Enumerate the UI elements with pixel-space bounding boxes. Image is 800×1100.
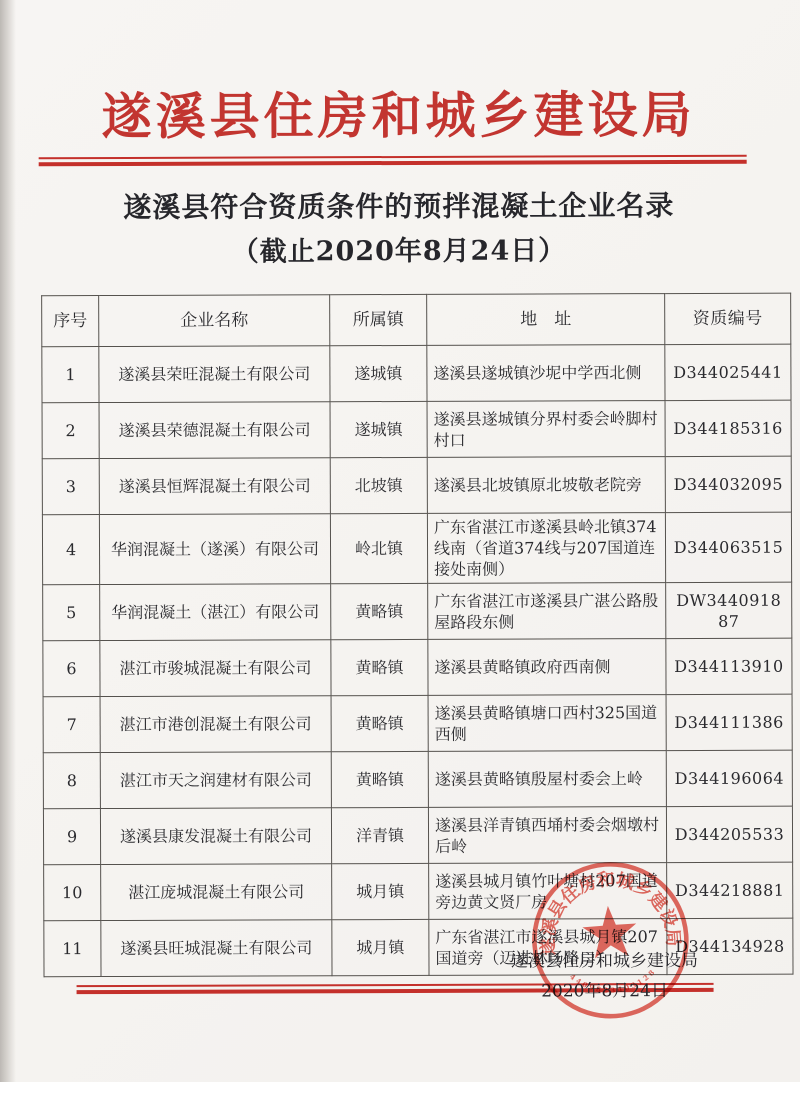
- cell-company: 华润混凝土（湛江）有限公司: [100, 584, 331, 641]
- official-seal-graphic: 遂溪县住房和城乡建设局 4409823403128: [524, 854, 697, 1027]
- cell-address: 广东省湛江市遂溪县岭北镇374线南（省道374线与207国道连接处南侧）: [427, 513, 665, 584]
- column-header-company: 企业名称: [99, 295, 330, 347]
- cell-address: 遂溪县黄略镇塘口西村325国道西侧: [428, 695, 666, 752]
- cell-no: 9: [43, 809, 100, 865]
- table-row: 8湛江市天之润建材有限公司黄略镇遂溪县黄略镇殷屋村委会上岭D344196064: [43, 750, 792, 809]
- cell-no: 1: [42, 347, 99, 403]
- cell-no: 11: [44, 921, 101, 977]
- cell-company: 湛江庞城混凝土有限公司: [101, 864, 332, 921]
- column-header-address: 地 址: [427, 294, 665, 346]
- table-header-row: 序号企业名称所属镇地 址资质编号: [42, 293, 791, 347]
- table-row: 4华润混凝土（遂溪）有限公司岭北镇广东省湛江市遂溪县岭北镇374线南（省道374…: [42, 512, 791, 585]
- cell-no: 10: [44, 865, 101, 921]
- cell-no: 5: [43, 585, 100, 641]
- cell-license: D344063515: [665, 512, 791, 582]
- cell-town: 黄略镇: [331, 695, 428, 751]
- table-row: 2遂溪县荣德混凝土有限公司遂城镇遂溪县遂城镇分界村委会岭脚村村口D3441853…: [42, 400, 791, 459]
- cell-no: 7: [43, 697, 100, 753]
- cell-license: D344196064: [666, 750, 792, 806]
- title-divider-thin-line: [39, 155, 747, 159]
- cell-no: 6: [43, 641, 100, 697]
- cell-town: 遂城镇: [330, 345, 427, 401]
- table-row: 5华润混凝土（湛江）有限公司黄略镇广东省湛江市遂溪县广湛公路殷屋路段东侧DW34…: [43, 582, 792, 641]
- cell-town: 黄略镇: [331, 639, 428, 695]
- cell-no: 2: [42, 403, 99, 459]
- cell-town: 黄略镇: [331, 583, 428, 639]
- cell-address: 遂溪县北坡镇原北坡敬老院旁: [427, 457, 665, 514]
- subtitle-line1: 遂溪县符合资质条件的预拌混凝土企业名录: [0, 184, 799, 227]
- cell-town: 黄略镇: [331, 751, 428, 807]
- cell-town: 洋青镇: [331, 807, 428, 863]
- seal-code-text: 4409823403128: [568, 966, 660, 998]
- cell-address: 遂溪县遂城镇分界村委会岭脚村村口: [427, 401, 665, 458]
- cell-company: 遂溪县旺城混凝土有限公司: [101, 920, 332, 977]
- cell-license: D344032095: [665, 456, 791, 512]
- cell-town: 城月镇: [332, 863, 429, 919]
- cell-town: 城月镇: [332, 919, 429, 975]
- column-header-town: 所属镇: [330, 294, 427, 345]
- cell-license: D344185316: [665, 400, 791, 456]
- cell-license: D344025441: [665, 344, 791, 400]
- cell-company: 遂溪县荣旺混凝土有限公司: [99, 346, 330, 403]
- official-seal: 遂溪县住房和城乡建设局 4409823403128: [524, 854, 697, 1027]
- cell-town: 北坡镇: [330, 457, 427, 513]
- cell-no: 4: [42, 515, 99, 585]
- cell-no: 3: [42, 459, 99, 515]
- document-content: 遂溪县住房和城乡建设局 遂溪县符合资质条件的预拌混凝土企业名录 （截止2020年…: [0, 0, 800, 1083]
- page-title: 遂溪县住房和城乡建设局: [28, 85, 768, 148]
- cell-license: D344113910: [666, 638, 792, 694]
- cell-address: 遂溪县洋青镇西埇村委会烟墩村后岭: [428, 807, 666, 864]
- title-divider: [39, 155, 747, 166]
- cell-license: D344111386: [666, 694, 792, 750]
- cell-address: 广东省湛江市遂溪县广湛公路殷屋路段东侧: [428, 583, 666, 640]
- table-row: 3遂溪县恒辉混凝土有限公司北坡镇遂溪县北坡镇原北坡敬老院旁D344032095: [42, 456, 791, 515]
- cell-company: 遂溪县恒辉混凝土有限公司: [99, 458, 330, 515]
- column-header-no: 序号: [42, 296, 99, 347]
- table-row: 6湛江市骏城混凝土有限公司黄略镇遂溪县黄略镇政府西南侧D344113910: [43, 638, 792, 697]
- cell-address: 遂溪县遂城镇沙坭中学西北侧: [427, 345, 665, 402]
- cell-company: 华润混凝土（遂溪）有限公司: [99, 514, 330, 585]
- cell-company: 湛江市天之润建材有限公司: [100, 752, 331, 809]
- cell-town: 遂城镇: [330, 401, 427, 457]
- cell-no: 8: [43, 753, 100, 809]
- column-header-license: 资质编号: [665, 293, 791, 344]
- cell-company: 遂溪县荣德混凝土有限公司: [99, 402, 330, 459]
- cell-address: 遂溪县黄略镇殷屋村委会上岭: [428, 751, 666, 808]
- cell-company: 遂溪县康发混凝土有限公司: [100, 808, 331, 865]
- svg-text:4409823403128: 4409823403128: [568, 966, 660, 998]
- seal-star-icon: [581, 904, 638, 959]
- table-row: 7湛江市港创混凝土有限公司黄略镇遂溪县黄略镇塘口西村325国道西侧D344111…: [43, 694, 792, 753]
- cell-company: 湛江市骏城混凝土有限公司: [100, 640, 331, 697]
- subtitle-line2: （截止2020年8月24日）: [0, 228, 799, 270]
- cell-license: DW344091887: [666, 582, 792, 638]
- table-row: 1遂溪县荣旺混凝土有限公司遂城镇遂溪县遂城镇沙坭中学西北侧D344025441: [42, 344, 791, 403]
- title-divider-thick-line: [39, 160, 747, 166]
- cell-town: 岭北镇: [330, 513, 427, 583]
- cell-company: 湛江市港创混凝土有限公司: [100, 696, 331, 753]
- cell-address: 遂溪县黄略镇政府西南侧: [428, 639, 666, 696]
